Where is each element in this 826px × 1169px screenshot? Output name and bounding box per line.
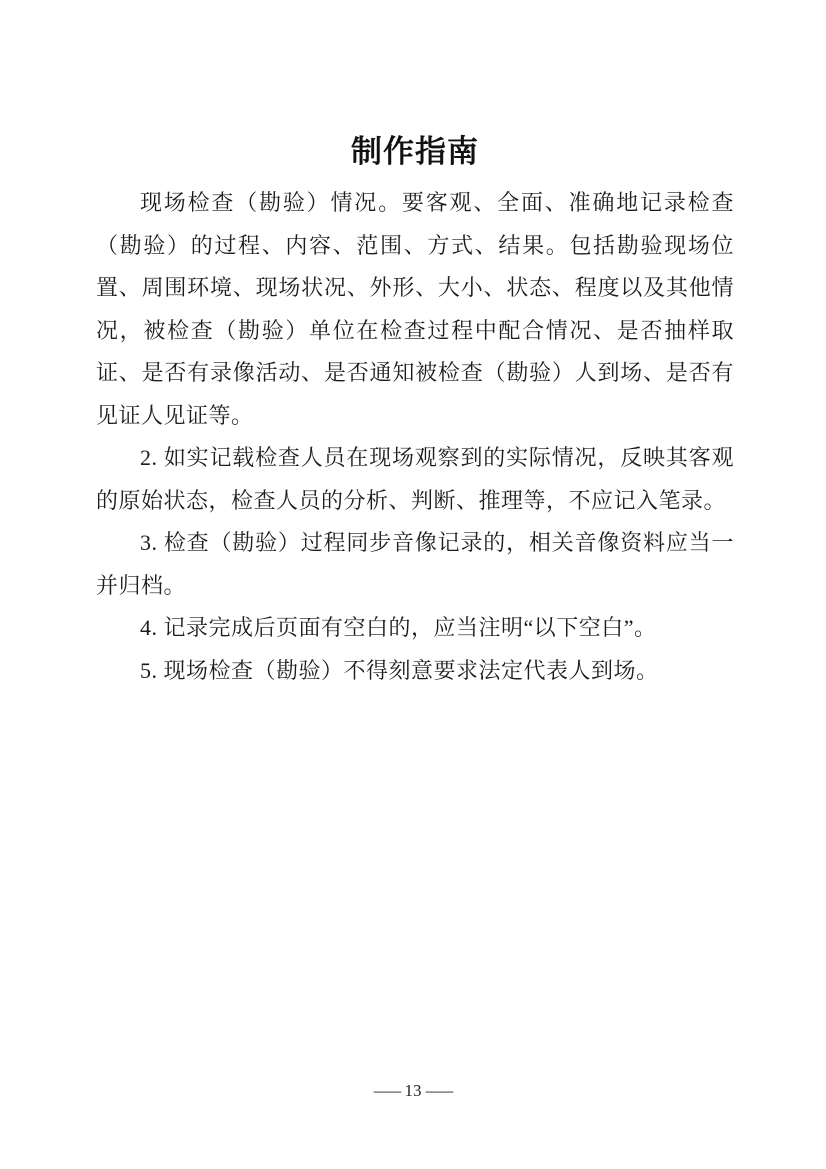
footer-dash-right: — — [425, 1078, 452, 1104]
page-title: 制作指南 — [96, 135, 734, 168]
paragraph-item-2: 2. 如实记载检查人员在现场观察到的实际情况，反映其客观的原始状态，检查人员的分… — [96, 437, 734, 522]
footer-dash-left: — — [373, 1078, 400, 1104]
page-footer: —13— — [0, 1078, 826, 1104]
paragraph-item-3: 3. 检查（勘验）过程同步音像记录的，相关音像资料应当一并归档。 — [96, 522, 734, 607]
page-content: 制作指南 现场检查（勘验）情况。要客观、全面、准确地记录检查（勘验）的过程、内容… — [96, 135, 734, 692]
paragraph-item-4: 4. 记录完成后页面有空白的，应当注明“以下空白”。 — [96, 607, 734, 650]
paragraph-item-5: 5. 现场检查（勘验）不得刻意要求法定代表人到场。 — [96, 650, 734, 693]
document-page: 制作指南 现场检查（勘验）情况。要客观、全面、准确地记录检查（勘验）的过程、内容… — [0, 0, 826, 1169]
paragraph-inspection-record: 现场检查（勘验）情况。要客观、全面、准确地记录检查（勘验）的过程、内容、范围、方… — [96, 182, 734, 437]
page-number: 13 — [405, 1081, 422, 1100]
